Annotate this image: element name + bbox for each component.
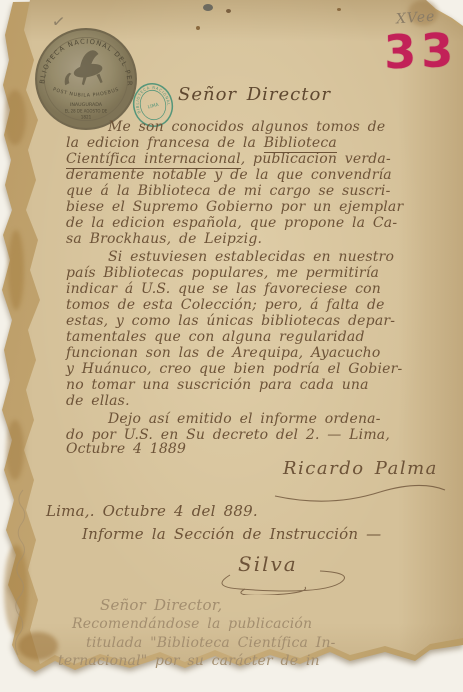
seal-inaugurated-line1: INAUGURADA [70, 102, 103, 108]
stain [4, 545, 28, 635]
stain [8, 230, 24, 310]
letter-line: Me son conocidos algunos tomos de [108, 119, 385, 135]
letter-line: de ellas. [66, 393, 130, 409]
stain [4, 90, 26, 145]
oval-stamp-center-text: LIMA [147, 102, 160, 111]
letter-line: país Bibliotecas populares, me permitirí… [66, 265, 379, 281]
letter-line: funcionan son las de Arequipa, Ayacucho [66, 345, 381, 361]
stain-speck [196, 26, 200, 30]
letter-line: tamentales que con alguna regularidad [66, 329, 365, 345]
letter-line: y Huánuco, creo que bien podría el Gobie… [66, 361, 402, 377]
stain [6, 420, 24, 480]
folio-number-stamp: 33 [383, 23, 459, 80]
endorsement-date-line: Lima,. Octubre 4 del 889. [46, 502, 258, 520]
letter-line: Científica internacional, publicacion ve… [66, 151, 391, 167]
endorsement-instruction-line: Informe la Sección de Instrucción — [82, 525, 381, 543]
letter-line: Si estuviesen establecidas en nuestro [108, 249, 394, 265]
letter-line-text: , publicacion verda- [241, 151, 391, 167]
seal-inaugurated-line3: 1821 [81, 115, 92, 120]
letter-line: de la edicion española, que propone la C… [66, 215, 397, 231]
letter-line: Dejo así emitido el informe ordena- [108, 411, 381, 427]
letter-line: biese el Supremo Gobierno por un ejempla… [66, 199, 403, 215]
seal-inaugurated-line2: EL 28 DE AGOSTO DE [65, 108, 108, 113]
stain-speck [337, 8, 341, 11]
letter-line: no tomar una suscrición para cada una [66, 377, 369, 393]
letter-line: deramente notable y de la que convendría [66, 167, 392, 183]
seal-graphic: BIBLIOTECA NACIONAL DEL PERU POST NUBILA… [34, 26, 138, 132]
stain-speck [203, 4, 213, 11]
manuscript-scan: ✓ XVee 33 BIBLI [0, 0, 463, 692]
letter-line: la edicion francesa de la Biblioteca [66, 135, 337, 151]
pencil-note-salutation: Señor Director, [100, 596, 222, 614]
letter-line: tomos de esta Colección; pero, á falta d… [66, 297, 385, 313]
pencil-note-line: Recomendándose la publicación [72, 616, 312, 632]
pencil-note-line: titulada "Biblioteca Científica In- [86, 635, 336, 651]
letter-line: estas, y como las únicas bibliotecas dep… [66, 313, 395, 329]
pencil-note-line: ternacional" por su carácter de in [58, 653, 320, 669]
signature-silva: Silva [238, 552, 298, 576]
stain [18, 632, 58, 660]
signature-ricardo-palma: Ricardo Palma [283, 458, 438, 479]
letter-salutation: Señor Director [178, 84, 331, 105]
library-seal-stamp: BIBLIOTECA NACIONAL DEL PERU POST NUBILA… [34, 26, 138, 132]
letter-line: indicar á U.S. que se las favoreciese co… [66, 281, 381, 297]
letter-line: sa Brockhaus, de Leipzig. [66, 231, 262, 247]
letter-line: Octubre 4 1889 [66, 441, 186, 457]
letter-line-text: la edicion francesa de la [66, 135, 264, 151]
stain-speck [226, 9, 231, 13]
letter-line: que á la Biblioteca de mi cargo se suscr… [66, 183, 391, 199]
